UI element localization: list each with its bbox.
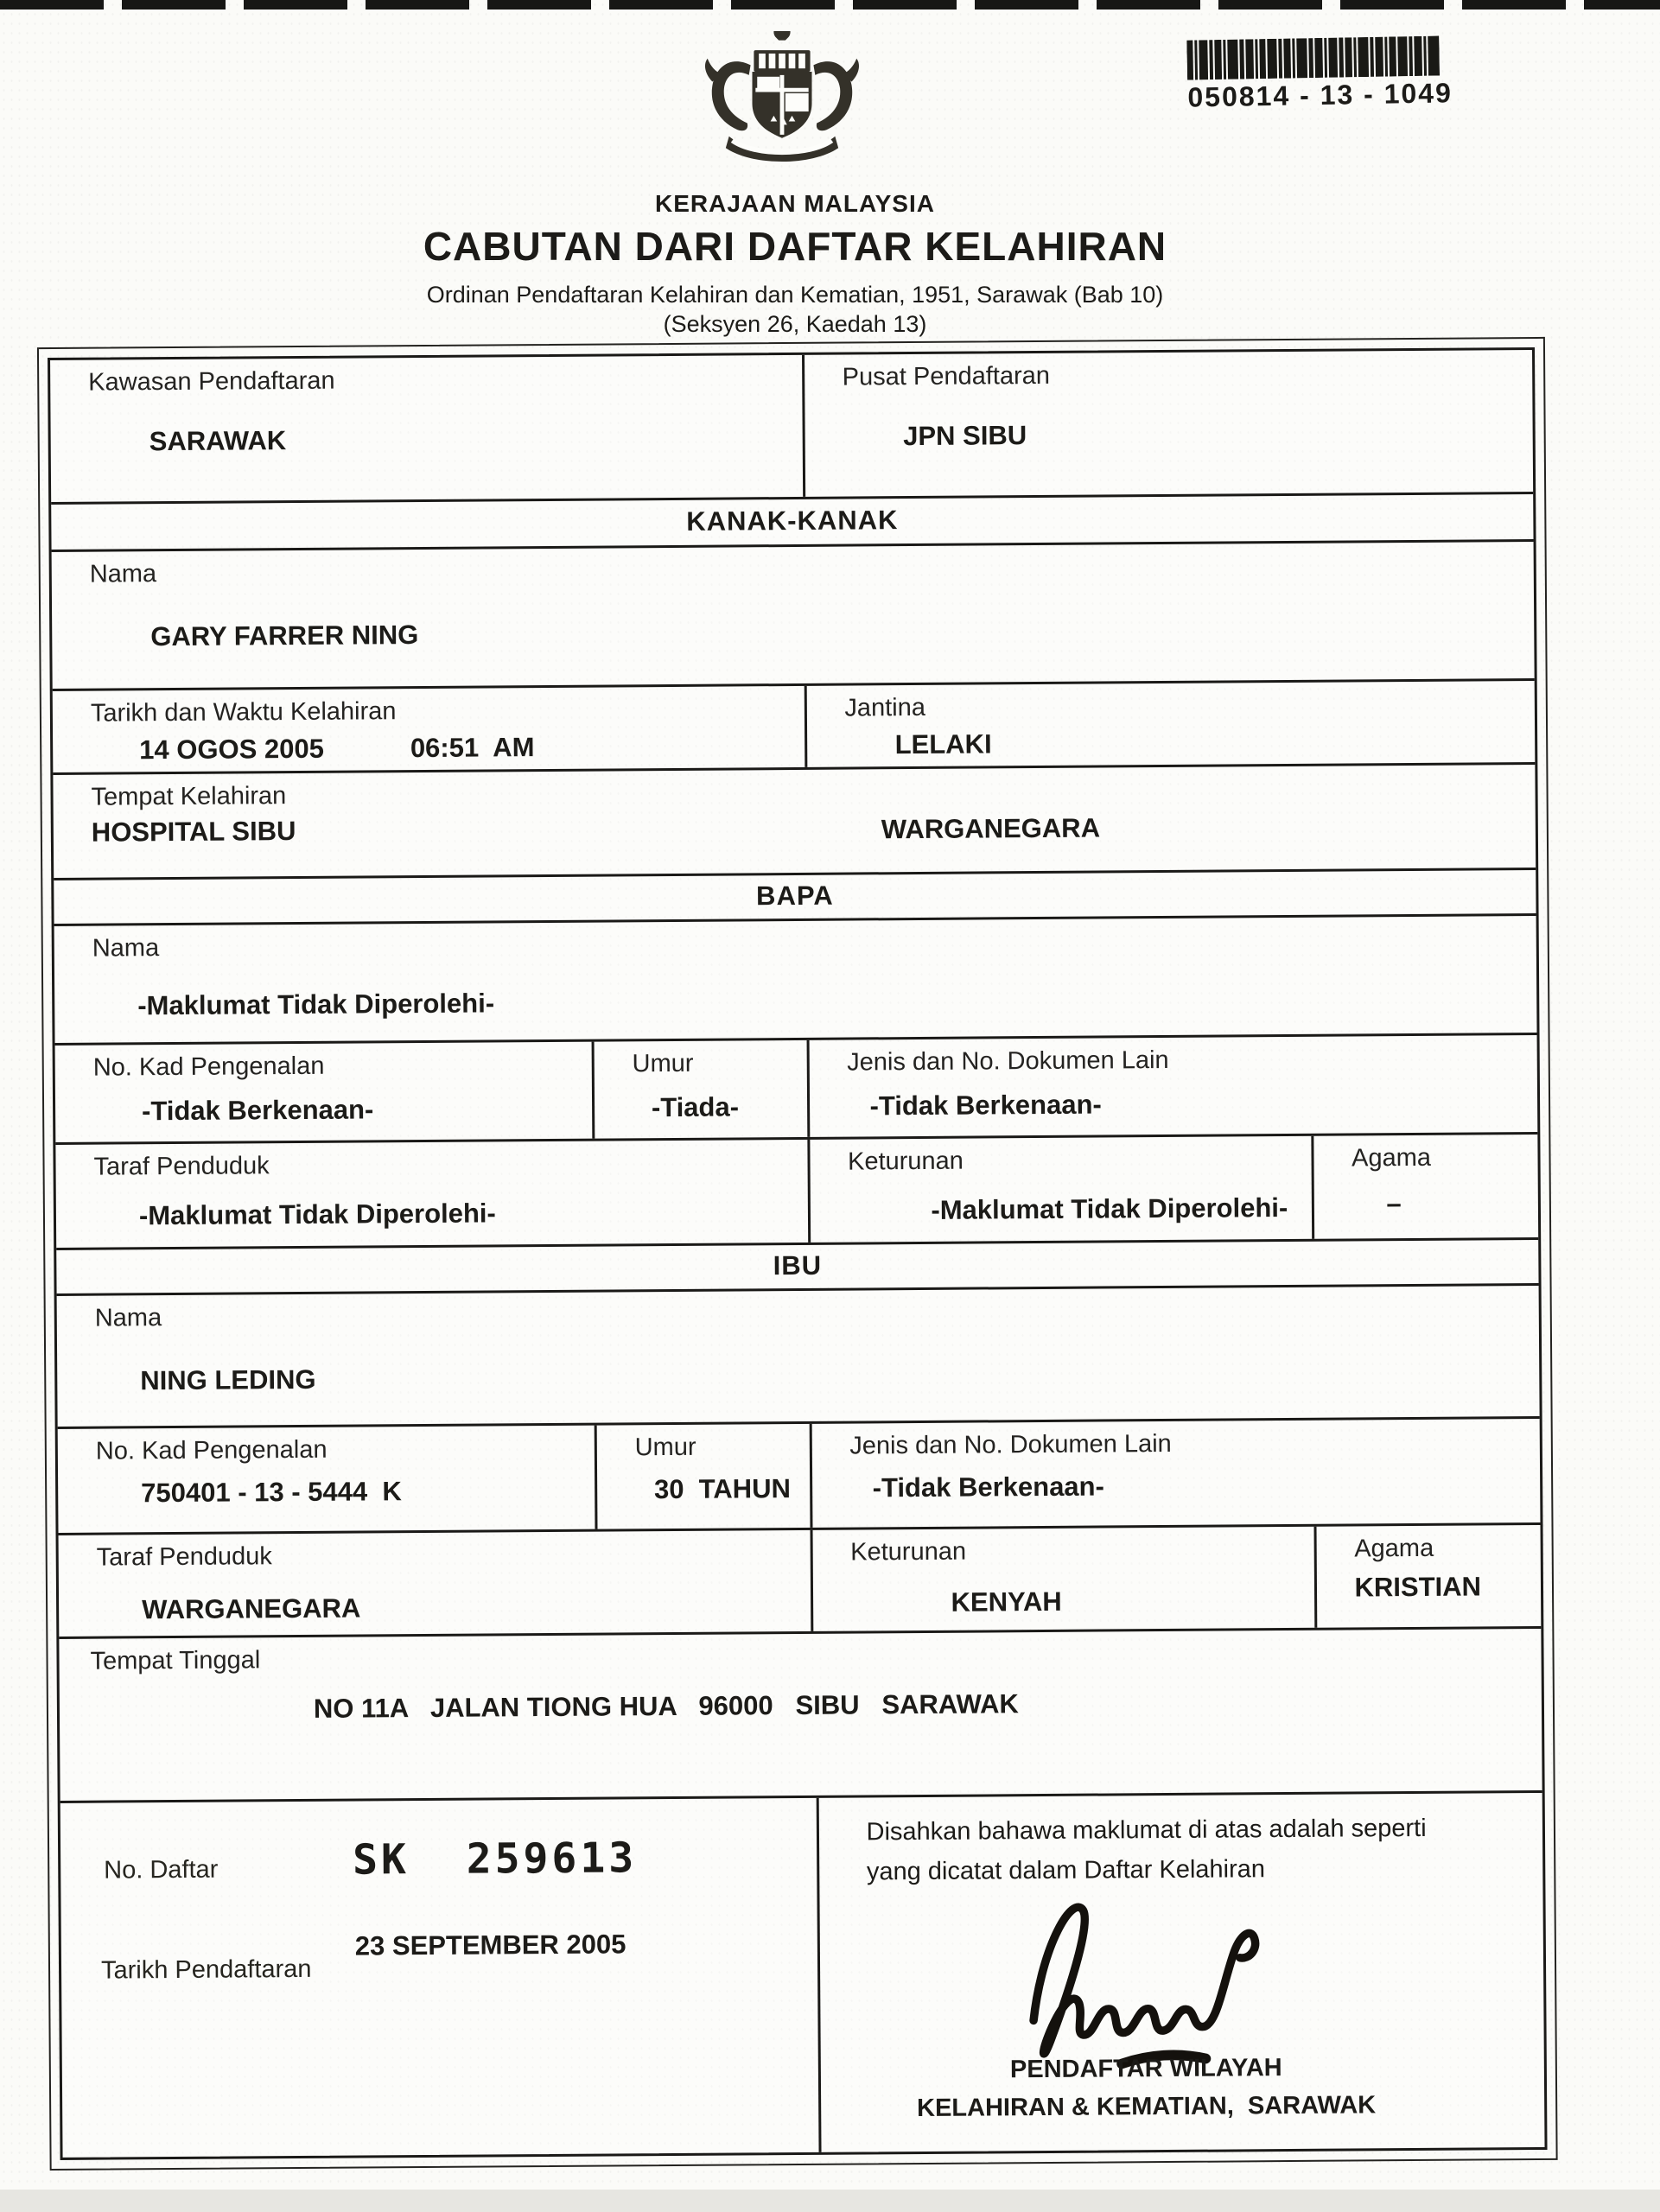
pusat-pendaftaran-cell: Pusat Pendaftaran JPN SIBU bbox=[802, 350, 1534, 497]
kawasan-pendaftaran-label: Kawasan Pendaftaran bbox=[88, 364, 788, 397]
government-heading: KERAJAAN MALAYSIA bbox=[0, 190, 1590, 218]
child-name-label: Nama bbox=[90, 550, 1520, 589]
mother-id-row: No. Kad Pengenalan 750401 - 13 - 5444 K … bbox=[58, 1419, 1541, 1535]
registration-date-value: 23 SEPTEMBER 2005 bbox=[355, 1929, 626, 1961]
scan-edge-bottom bbox=[0, 2190, 1660, 2212]
register-number-cell: No. Daftar SK 259613 Tarikh Pendaftaran … bbox=[60, 1798, 818, 2158]
mother-residency-label: Taraf Penduduk bbox=[97, 1539, 797, 1573]
mother-age-label: Umur bbox=[635, 1433, 796, 1462]
barcode-icon bbox=[1186, 36, 1440, 80]
register-number-label: No. Daftar bbox=[104, 1856, 218, 1885]
father-otherdoc-cell: Jenis dan No. Dokumen Lain -Tidak Berken… bbox=[806, 1035, 1537, 1137]
mother-name-value: NING LEDING bbox=[140, 1356, 1525, 1396]
mother-otherdoc-label: Jenis dan No. Dokumen Lain bbox=[849, 1427, 1526, 1460]
signer-title-line1: PENDAFTAR WILAYAH bbox=[820, 2053, 1472, 2086]
section-subtitle: (Seksyen 26, Kaedah 13) bbox=[0, 311, 1590, 338]
registration-footer-row: No. Daftar SK 259613 Tarikh Pendaftaran … bbox=[60, 1793, 1545, 2158]
certification-text-line1: Disahkan bahawa maklumat di atas adalah … bbox=[866, 1815, 1426, 1847]
mother-religion-label: Agama bbox=[1354, 1534, 1527, 1563]
father-otherdoc-value: -Tidak Berkenaan- bbox=[869, 1086, 1523, 1122]
gender-cell: Jantina LELAKI bbox=[804, 681, 1535, 767]
registration-row: Kawasan Pendaftaran SARAWAK Pusat Pendaf… bbox=[50, 350, 1533, 505]
birthplace-label: Tempat Kelahiran bbox=[91, 773, 1521, 812]
residence-row: Tempat Tinggal NO 11A JALAN TIONG HUA 96… bbox=[59, 1629, 1542, 1803]
child-section-title: KANAK-KANAK bbox=[51, 494, 1533, 550]
certification-cell: Disahkan bahawa maklumat di atas adalah … bbox=[816, 1793, 1544, 2152]
father-age-label: Umur bbox=[632, 1049, 792, 1078]
child-name-row: Nama GARY FARRER NING bbox=[52, 542, 1535, 691]
birth-datetime-label: Tarikh dan Waktu Kelahiran bbox=[91, 695, 791, 728]
gender-label: Jantina bbox=[844, 690, 1521, 722]
father-name-cell: Nama -Maklumat Tidak Diperolehi- bbox=[54, 916, 1537, 1043]
mother-residency-value: WARGANEGARA bbox=[142, 1590, 797, 1625]
father-id-row: No. Kad Pengenalan -Tidak Berkenaan- Umu… bbox=[55, 1035, 1538, 1145]
father-ethnicity-label: Keturunan bbox=[848, 1145, 1297, 1177]
ordinance-subtitle: Ordinan Pendaftaran Kelahiran dan Kemati… bbox=[0, 282, 1590, 308]
father-ic-value: -Tidak Berkenaan- bbox=[142, 1093, 578, 1128]
father-residency-value: -Maklumat Tidak Diperolehi- bbox=[139, 1196, 794, 1231]
father-religion-label: Agama bbox=[1352, 1143, 1524, 1173]
mother-ethnicity-cell: Keturunan KENYAH bbox=[810, 1527, 1314, 1631]
mother-ethnicity-value: KENYAH bbox=[951, 1585, 1300, 1618]
kawasan-pendaftaran-cell: Kawasan Pendaftaran SARAWAK bbox=[50, 355, 803, 502]
mother-otherdoc-value: -Tidak Berkenaan- bbox=[873, 1468, 1527, 1503]
father-age-cell: Umur -Tiada- bbox=[591, 1040, 806, 1139]
mother-ethnicity-label: Keturunan bbox=[850, 1535, 1300, 1567]
barcode-sticker: 050814 - 13 - 1049 bbox=[1186, 35, 1447, 113]
father-religion-cell: Agama – bbox=[1311, 1135, 1538, 1239]
kawasan-pendaftaran-value: SARAWAK bbox=[149, 422, 789, 457]
child-name-value: GARY FARRER NING bbox=[150, 612, 1520, 652]
child-citizenship-value: WARGANEGARA bbox=[881, 813, 1100, 846]
pusat-pendaftaran-label: Pusat Pendaftaran bbox=[843, 359, 1519, 391]
child-name-cell: Nama GARY FARRER NING bbox=[52, 542, 1535, 689]
mother-status-row: Taraf Penduduk WARGANEGARA Keturunan KEN… bbox=[59, 1525, 1542, 1639]
mother-ic-value: 750401 - 13 - 5444 K bbox=[141, 1475, 581, 1510]
father-ethnicity-cell: Keturunan -Maklumat Tidak Diperolehi- bbox=[807, 1136, 1312, 1243]
mother-name-label: Nama bbox=[95, 1294, 1525, 1333]
birth-time-value: 06:51 AM bbox=[410, 732, 535, 764]
gender-value: LELAKI bbox=[895, 725, 1522, 760]
register-number-value: SK 259613 bbox=[353, 1834, 637, 1884]
mother-ic-label: No. Kad Pengenalan bbox=[96, 1434, 581, 1466]
malaysia-coat-of-arms-icon bbox=[683, 31, 881, 174]
father-age-value: -Tiada- bbox=[652, 1091, 793, 1123]
document-title: CABUTAN DARI DAFTAR KELAHIRAN bbox=[0, 223, 1590, 270]
father-name-value: -Maklumat Tidak Diperolehi- bbox=[137, 981, 1523, 1021]
mother-name-row: Nama NING LEDING bbox=[57, 1286, 1540, 1429]
birthplace-cell: Tempat Kelahiran HOSPITAL SIBU WARGANEGA… bbox=[53, 765, 1536, 878]
residence-value: NO 11A JALAN TIONG HUA 96000 SIBU SARAWA… bbox=[314, 1685, 1528, 1725]
father-section-title: BAPA bbox=[54, 870, 1536, 924]
barcode-number: 050814 - 13 - 1049 bbox=[1187, 77, 1447, 113]
mother-residency-cell: Taraf Penduduk WARGANEGARA bbox=[59, 1530, 811, 1637]
mother-name-cell: Nama NING LEDING bbox=[57, 1286, 1540, 1427]
mother-religion-cell: Agama KRISTIAN bbox=[1313, 1525, 1541, 1628]
residence-cell: Tempat Tinggal NO 11A JALAN TIONG HUA 96… bbox=[59, 1629, 1542, 1801]
father-ethnicity-value: -Maklumat Tidak Diperolehi- bbox=[931, 1192, 1297, 1226]
father-name-row: Nama -Maklumat Tidak Diperolehi- bbox=[54, 916, 1537, 1046]
mother-age-value: 30 TAHUN bbox=[654, 1473, 796, 1505]
scan-edge-top bbox=[0, 0, 1660, 10]
pusat-pendaftaran-value: JPN SIBU bbox=[903, 416, 1519, 452]
signer-title-line2: KELAHIRAN & KEMATIAN, SARAWAK bbox=[821, 2091, 1472, 2124]
father-residency-label: Taraf Penduduk bbox=[93, 1148, 793, 1182]
mother-religion-value: KRISTIAN bbox=[1354, 1571, 1527, 1603]
father-status-row: Taraf Penduduk -Maklumat Tidak Diperoleh… bbox=[55, 1135, 1538, 1250]
certificate-form-table: Kawasan Pendaftaran SARAWAK Pusat Pendaf… bbox=[48, 347, 1548, 2160]
birth-datetime-cell: Tarikh dan Waktu Kelahiran 14 OGOS 2005 … bbox=[53, 686, 805, 772]
mother-section-title: IBU bbox=[56, 1240, 1538, 1294]
father-residency-cell: Taraf Penduduk -Maklumat Tidak Diperoleh… bbox=[55, 1140, 807, 1248]
birth-date-value: 14 OGOS 2005 bbox=[139, 734, 324, 766]
birthplace-row: Tempat Kelahiran HOSPITAL SIBU WARGANEGA… bbox=[53, 765, 1536, 880]
registration-date-label: Tarikh Pendaftaran bbox=[101, 1955, 312, 1986]
father-religion-value: – bbox=[1386, 1187, 1524, 1219]
father-otherdoc-label: Jenis dan No. Dokumen Lain bbox=[847, 1044, 1523, 1077]
residence-label: Tempat Tinggal bbox=[90, 1637, 1527, 1676]
mother-otherdoc-cell: Jenis dan No. Dokumen Lain -Tidak Berken… bbox=[809, 1419, 1540, 1528]
mother-age-cell: Umur 30 TAHUN bbox=[594, 1424, 810, 1529]
birth-datetime-gender-row: Tarikh dan Waktu Kelahiran 14 OGOS 2005 … bbox=[53, 681, 1536, 775]
mother-ic-cell: No. Kad Pengenalan 750401 - 13 - 5444 K bbox=[58, 1426, 595, 1533]
birthplace-value: HOSPITAL SIBU bbox=[92, 807, 1522, 849]
father-ic-cell: No. Kad Pengenalan -Tidak Berkenaan- bbox=[55, 1042, 593, 1142]
father-name-label: Nama bbox=[92, 925, 1523, 963]
birth-certificate-scan: 050814 - 13 - 1049 KERAJAAN MALAYSIA CAB… bbox=[0, 0, 1660, 2212]
father-ic-label: No. Kad Pengenalan bbox=[93, 1051, 578, 1083]
